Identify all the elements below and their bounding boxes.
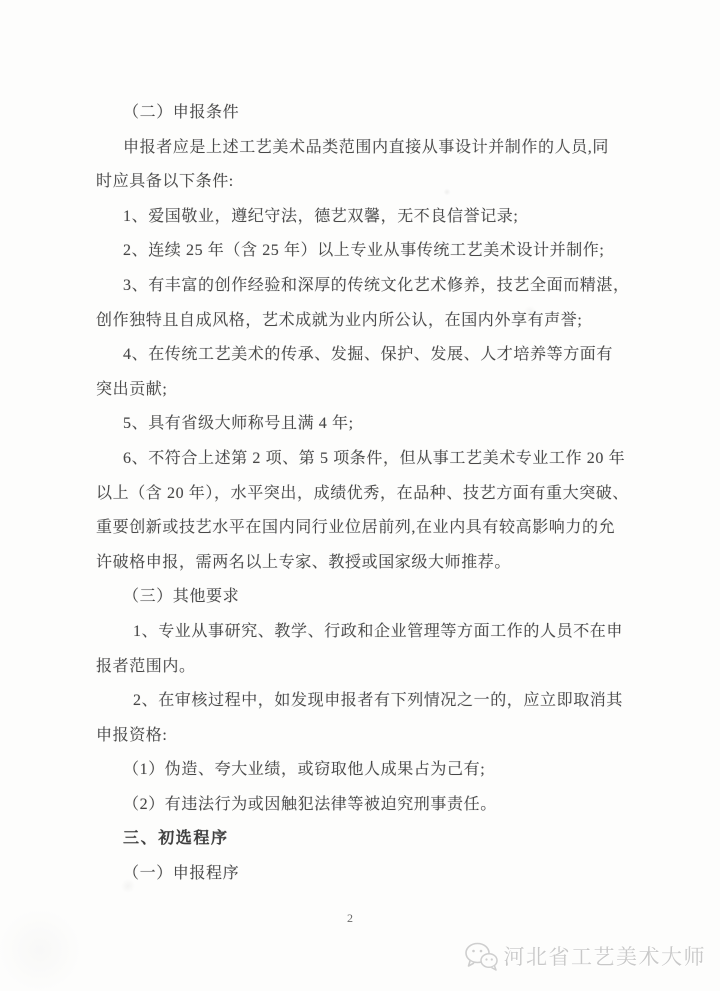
text-line: 3、有丰富的创作经验和深厚的传统文化艺术修养，技艺全面而精湛，: [96, 269, 629, 304]
text-line: 突出贡献;: [96, 373, 629, 408]
text-line: （1）伪造、夸大业绩，或窃取他人成果占为己有;: [96, 753, 629, 788]
text-line: 以上（含 20 年），水平突出，成绩优秀，在品种、技艺方面有重大突破、: [96, 477, 629, 512]
text-line: 创作独特且自成风格，艺术成就为业内所公认，在国内外享有声誉;: [96, 304, 629, 339]
text-line: 许破格申报，需两名以上专家、教授或国家级大师推荐。: [96, 546, 629, 581]
text-line: （二）申报条件: [96, 96, 629, 131]
text-line: 2、连续 25 年（含 25 年）以上专业从事传统工艺美术设计并制作;: [96, 234, 629, 269]
text-line: 2、在审核过程中，如发现申报者有下列情况之一的，应立即取消其: [96, 684, 629, 719]
document-page: （二）申报条件申报者应是上述工艺美术品类范围内直接从事设计并制作的人员,同时应具…: [0, 0, 720, 991]
document-body: （二）申报条件申报者应是上述工艺美术品类范围内直接从事设计并制作的人员,同时应具…: [96, 96, 629, 892]
wechat-watermark: 河北省工艺美术大师: [464, 941, 707, 971]
text-line: 4、在传统工艺美术的传承、发掘、保护、发展、人才培养等方面有: [96, 338, 629, 373]
text-line: 1、专业从事研究、教学、行政和企业管理等方面工作的人员不在申: [96, 615, 629, 650]
text-line: （一）申报程序: [96, 857, 629, 892]
text-line: 申报者应是上述工艺美术品类范围内直接从事设计并制作的人员,同: [96, 131, 629, 166]
text-line: 6、不符合上述第 2 项、第 5 项条件，但从事工艺美术专业工作 20 年: [96, 442, 629, 477]
text-line: 三、初选程序: [96, 822, 629, 857]
text-line: 时应具备以下条件:: [96, 165, 629, 200]
text-line: 申报资格:: [96, 719, 629, 754]
text-line: （2）有违法行为或因触犯法律等被迫究刑事责任。: [96, 788, 629, 823]
page-number: 2: [330, 911, 370, 926]
text-line: 1、爱国敬业，遵纪守法，德艺双馨，无不良信誉记录;: [96, 200, 629, 235]
text-line: 报者范围内。: [96, 650, 629, 685]
wechat-icon: [464, 941, 498, 971]
watermark-text: 河北省工艺美术大师: [504, 941, 707, 971]
text-line: （三）其他要求: [96, 580, 629, 615]
text-line: 5、具有省级大师称号且满 4 年;: [96, 407, 629, 442]
text-line: 重要创新或技艺水平在国内同行业位居前列,在业内具有较高影响力的允: [96, 511, 629, 546]
